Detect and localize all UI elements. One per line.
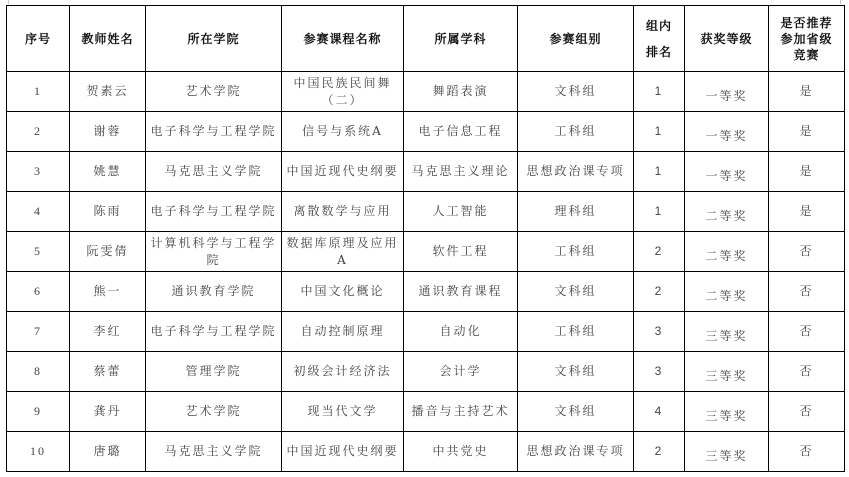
header-award: 获奖等级 [685,6,769,72]
cell-no: 8 [7,352,70,392]
table-row: 2 谢蓉 电子科学与工程学院 信号与系统A 电子信息工程 工科组 1 一等奖 是 [7,112,845,152]
cell-course: 自动控制原理 [282,312,404,352]
award-text: 二等奖 [705,238,747,265]
table-row: 3 姚慧 马克思主义学院 中国近现代史纲要 马克思主义理论 思想政治课专项 1 … [7,152,845,192]
table-row: 6 熊一 通识教育学院 中国文化概论 通识教育课程 文科组 2 二等奖 否 [7,272,845,312]
cell-group: 工科组 [518,232,634,272]
cell-subject: 自动化 [404,312,518,352]
cell-course: 中国民族民间舞（二） [282,72,404,112]
cell-subject: 会计学 [404,352,518,392]
cell-recommend: 否 [769,352,845,392]
cell-recommend: 否 [769,232,845,272]
cell-no: 10 [7,432,70,472]
cell-course: 离散数学与应用 [282,192,404,232]
award-text: 三等奖 [705,438,747,465]
cell-college: 艺术学院 [146,392,282,432]
cell-rank: 1 [634,112,685,152]
cell-teacher: 陈雨 [70,192,146,232]
header-rank: 组内 排名 [634,6,685,72]
cell-college: 电子科学与工程学院 [146,112,282,152]
cell-course: 中国近现代史纲要 [282,152,404,192]
cell-teacher: 龚丹 [70,392,146,432]
awards-table: 序号 教师姓名 所在学院 参赛课程名称 所属学科 参赛组别 组内 排名 获奖等级… [6,5,845,472]
cell-teacher: 李红 [70,312,146,352]
cell-recommend: 否 [769,312,845,352]
cell-teacher: 蔡蕾 [70,352,146,392]
cell-course: 中国近现代史纲要 [282,432,404,472]
cell-group: 工科组 [518,112,634,152]
cell-rank: 2 [634,232,685,272]
cell-group: 文科组 [518,392,634,432]
cell-teacher: 谢蓉 [70,112,146,152]
table-row: 7 李红 电子科学与工程学院 自动控制原理 自动化 工科组 3 三等奖 否 [7,312,845,352]
header-recommend-line-1: 是否推荐 [772,15,841,31]
table-row: 5 阮雯倩 计算机科学与工程学院 数据库原理及应用A 软件工程 工科组 2 二等… [7,232,845,272]
cell-subject: 通识教育课程 [404,272,518,312]
cell-no: 2 [7,112,70,152]
cell-teacher: 唐璐 [70,432,146,472]
cell-rank: 1 [634,192,685,232]
table-row: 10 唐璐 马克思主义学院 中国近现代史纲要 中共党史 思想政治课专项 2 三等… [7,432,845,472]
cell-subject: 中共党史 [404,432,518,472]
cell-no: 3 [7,152,70,192]
table-row: 9 龚丹 艺术学院 现当代文学 播音与主持艺术 文科组 4 三等奖 否 [7,392,845,432]
table-body: 1 贺素云 艺术学院 中国民族民间舞（二） 舞蹈表演 文科组 1 一等奖 是 2… [7,72,845,472]
cell-no: 6 [7,272,70,312]
cell-no: 7 [7,312,70,352]
cell-award: 二等奖 [685,192,769,232]
cell-subject: 舞蹈表演 [404,72,518,112]
header-rank-line-1: 组内 [637,13,681,39]
table-row: 8 蔡蕾 管理学院 初级会计经济法 会计学 文科组 3 三等奖 否 [7,352,845,392]
cell-group: 文科组 [518,72,634,112]
cell-award: 二等奖 [685,272,769,312]
cell-subject: 马克思主义理论 [404,152,518,192]
cell-teacher: 熊一 [70,272,146,312]
header-recommend-line-3: 竞赛 [772,47,841,63]
cell-recommend: 否 [769,392,845,432]
header-recommend: 是否推荐 参加省级 竞赛 [769,6,845,72]
cell-group: 理科组 [518,192,634,232]
cell-recommend: 是 [769,152,845,192]
cell-rank: 3 [634,312,685,352]
award-text: 三等奖 [705,358,747,385]
award-text: 三等奖 [705,398,747,425]
cell-group: 文科组 [518,352,634,392]
header-row: 序号 教师姓名 所在学院 参赛课程名称 所属学科 参赛组别 组内 排名 获奖等级… [7,6,845,72]
cell-college: 马克思主义学院 [146,152,282,192]
cell-no: 5 [7,232,70,272]
cell-rank: 4 [634,392,685,432]
cell-no: 9 [7,392,70,432]
cell-rank: 2 [634,432,685,472]
cell-recommend: 否 [769,272,845,312]
cell-award: 三等奖 [685,312,769,352]
cell-college: 电子科学与工程学院 [146,312,282,352]
cell-award: 一等奖 [685,152,769,192]
cell-subject: 软件工程 [404,232,518,272]
header-course: 参赛课程名称 [282,6,404,72]
cell-no: 4 [7,192,70,232]
cell-recommend: 是 [769,72,845,112]
header-recommend-line-2: 参加省级 [772,31,841,47]
cell-course: 初级会计经济法 [282,352,404,392]
table-row: 1 贺素云 艺术学院 中国民族民间舞（二） 舞蹈表演 文科组 1 一等奖 是 [7,72,845,112]
header-no: 序号 [7,6,70,72]
cell-rank: 1 [634,152,685,192]
cell-rank: 3 [634,352,685,392]
cell-award: 三等奖 [685,432,769,472]
cell-rank: 2 [634,272,685,312]
cell-group: 工科组 [518,312,634,352]
cell-group: 文科组 [518,272,634,312]
header-college: 所在学院 [146,6,282,72]
cell-rank: 1 [634,72,685,112]
header-teacher: 教师姓名 [70,6,146,72]
cell-group: 思想政治课专项 [518,432,634,472]
cell-award: 一等奖 [685,72,769,112]
cell-college: 管理学院 [146,352,282,392]
table-row: 4 陈雨 电子科学与工程学院 离散数学与应用 人工智能 理科组 1 二等奖 是 [7,192,845,232]
cell-subject: 人工智能 [404,192,518,232]
cell-subject: 电子信息工程 [404,112,518,152]
cell-college: 电子科学与工程学院 [146,192,282,232]
cell-group: 思想政治课专项 [518,152,634,192]
cell-teacher: 姚慧 [70,152,146,192]
page-corner-mark-right [840,0,849,4]
header-group: 参赛组别 [518,6,634,72]
cell-college: 艺术学院 [146,72,282,112]
award-text: 一等奖 [705,78,747,105]
cell-course: 数据库原理及应用A [282,232,404,272]
award-text: 三等奖 [705,318,747,345]
cell-recommend: 是 [769,112,845,152]
page-corner-mark-left [0,0,9,4]
cell-course: 现当代文学 [282,392,404,432]
cell-teacher: 阮雯倩 [70,232,146,272]
cell-no: 1 [7,72,70,112]
cell-subject: 播音与主持艺术 [404,392,518,432]
header-rank-line-2: 排名 [637,39,681,65]
cell-award: 三等奖 [685,392,769,432]
cell-award: 一等奖 [685,112,769,152]
cell-recommend: 是 [769,192,845,232]
award-text: 二等奖 [705,198,747,225]
cell-award: 二等奖 [685,232,769,272]
award-text: 一等奖 [705,118,747,145]
cell-college: 通识教育学院 [146,272,282,312]
header-subject: 所属学科 [404,6,518,72]
cell-college: 计算机科学与工程学院 [146,232,282,272]
cell-award: 三等奖 [685,352,769,392]
cell-course: 中国文化概论 [282,272,404,312]
award-text: 一等奖 [705,158,747,185]
cell-course: 信号与系统A [282,112,404,152]
award-text: 二等奖 [705,278,747,305]
cell-teacher: 贺素云 [70,72,146,112]
cell-college: 马克思主义学院 [146,432,282,472]
cell-recommend: 否 [769,432,845,472]
